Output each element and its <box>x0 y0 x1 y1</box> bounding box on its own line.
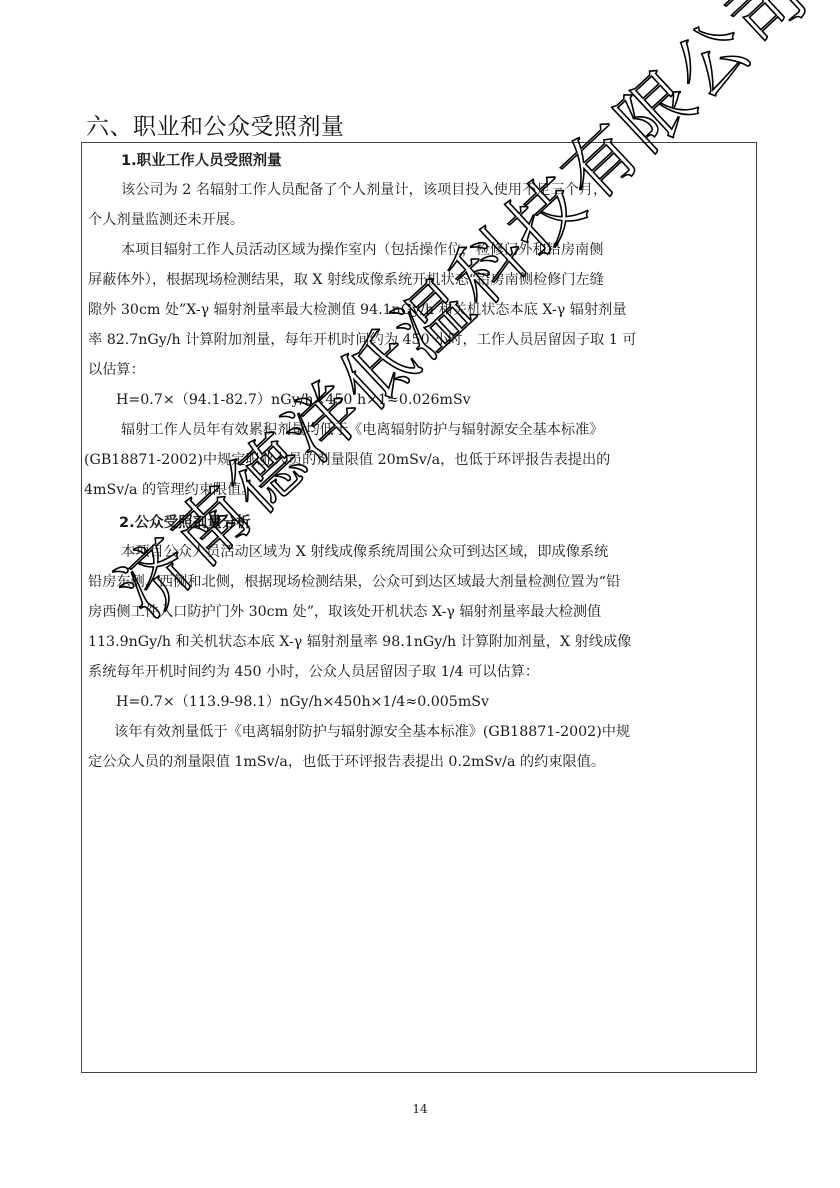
paragraph-line: 个人剂量监测还未开展。 <box>88 211 244 229</box>
paragraph-line: 以估算： <box>88 361 145 379</box>
paragraph-line: 本项目辐射工作人员活动区域为操作室内（包括操作位，检修门外和铅房南侧 <box>121 241 603 259</box>
occupational-heading: 1.职业工作人员受照剂量 <box>121 152 282 170</box>
paragraph-line: 定公众人员的剂量限值 1mSv/a，也低于环评报告表提出 0.2mSv/a 的约… <box>88 753 605 771</box>
paragraph-line: 辐射工作人员年有效累积剂量均低于《电离辐射防护与辐射源安全基本标准》 <box>121 421 603 439</box>
paragraph-line: 该公司为 2 名辐射工作人员配备了个人剂量计，该项目投入使用不足三个月， <box>121 181 607 199</box>
paragraph-line: (GB18871-2002)中规定职业人员的剂量限值 20mSv/a，也低于环评… <box>84 451 610 469</box>
page-number: 14 <box>0 1102 840 1116</box>
formula-line: H=0.7×（94.1-82.7）nGy/h×450 h×1≈0.026mSv <box>116 391 471 409</box>
paragraph-line: 屏蔽体外），根据现场检测结果，取 X 射线成像系统开机状态“铅房南侧检修门左缝 <box>88 271 604 289</box>
paragraph-line: 4mSv/a 的管理约束限值。 <box>84 481 255 499</box>
public-heading: 2.公众受照剂量分析 <box>119 514 251 532</box>
section-title: 六、职业和公众受照剂量 <box>86 108 345 141</box>
paragraph-line: 铅房东侧、西侧和北侧，根据现场检测结果，公众可到达区域最大剂量检测位置为“铅 <box>88 573 620 591</box>
paragraph-line: 隙外 30cm 处”X-γ 辐射剂量率最大检测值 94.1nGy/h 和关机状态… <box>88 301 627 319</box>
paragraph-line: 率 82.7nGy/h 计算附加剂量，每年开机时间约为 450 小时，工作人员居… <box>88 331 637 349</box>
formula-line: H=0.7×（113.9-98.1）nGy/h×450h×1/4≈0.005mS… <box>116 693 489 711</box>
paragraph-line: 113.9nGy/h 和关机状态本底 X-γ 辐射剂量率 98.1nGy/h 计… <box>88 633 631 651</box>
paragraph-line: 系统每年开机时间约为 450 小时，公众人员居留因子取 1/4 可以估算： <box>88 663 539 681</box>
paragraph-line: 本项目公众人员活动区域为 X 射线成像系统周围公众可到达区域，即成像系统 <box>121 543 608 561</box>
paragraph-line: 该年有效剂量低于《电离辐射防护与辐射源安全基本标准》(GB18871-2002)… <box>114 723 630 741</box>
paragraph-line: 房西侧工件入口防护门外 30cm 处”，取该处开机状态 X-γ 辐射剂量率最大检… <box>88 603 601 621</box>
